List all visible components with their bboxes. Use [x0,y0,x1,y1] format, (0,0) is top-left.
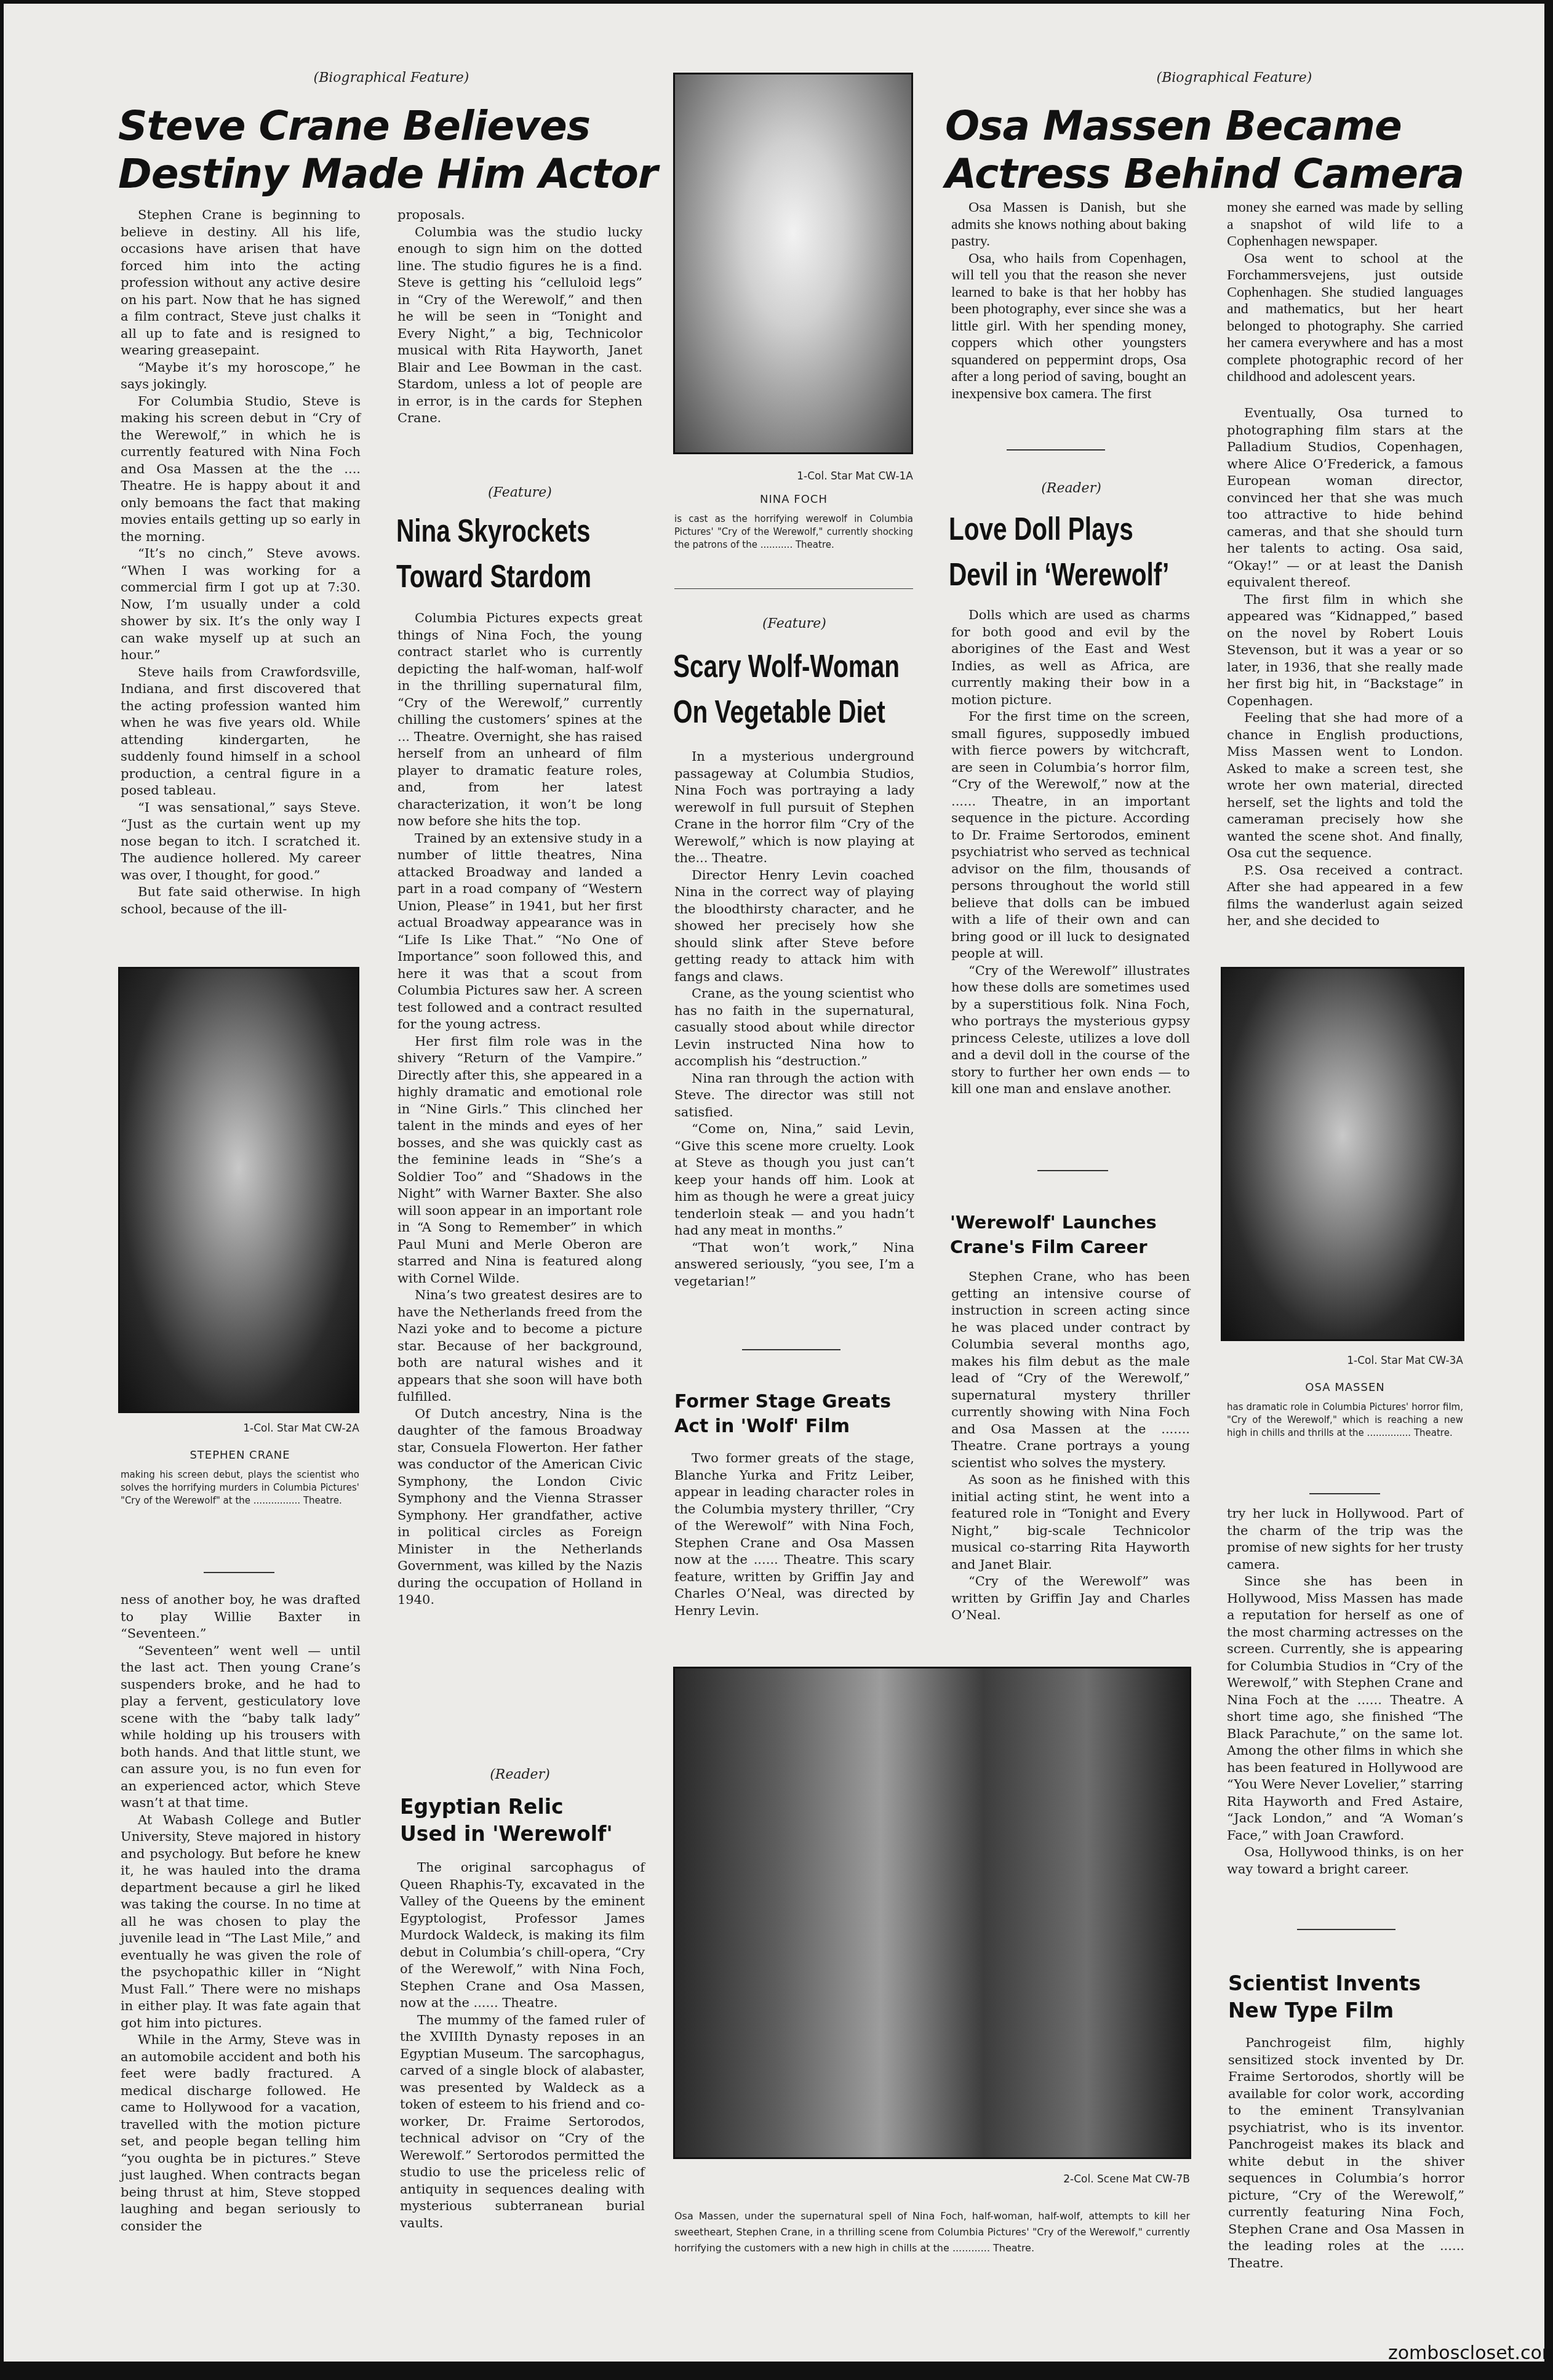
love-doll-headline: Love Doll Plays Devil in ‘Werewolf’ [949,507,1169,598]
osa-bio-col2-lower: Eventually, Osa turned to photographing … [1227,405,1463,930]
headline-line-1: Steve Crane Believes [118,102,672,150]
headline-line-1: Love Doll Plays [949,507,1169,552]
divider [674,588,913,589]
watermark: zomboscloset.com [1388,2342,1553,2364]
wolf-woman-body: In a mysterious underground passageway a… [674,748,914,1290]
pressbook-page: (Biographical Feature) Steve Crane Belie… [0,0,1553,2380]
osa-bio-col1: Osa Massen is Danish, but she admits she… [951,199,1186,403]
love-doll-kicker: (Reader) [951,481,1191,496]
scene-caption: Osa Massen, under the supernatural spell… [674,2208,1190,2256]
divider [1037,1170,1108,1171]
osa-name-label: OSA MASSEN [1227,1381,1463,1394]
nina-caption: is cast as the horrifying werewolf in Co… [674,513,913,551]
stephen-name-label: STEPHEN CRANE [121,1449,359,1462]
headline-line-2: On Vegetable Diet [673,689,900,735]
headline-line-2: Actress Behind Camera [945,150,1536,198]
love-doll-body: Dolls which are used as charms for both … [951,607,1190,1098]
scene-photo [673,1667,1191,2159]
divider [1007,449,1105,451]
crane-career-body: Stephen Crane, who has been getting an i… [951,1268,1190,1624]
stephen-caption: making his screen debut, plays the scien… [121,1468,359,1507]
headline-line-2: New Type Film [1228,1997,1464,2024]
headline-line-2: Destiny Made Him Actor [118,150,672,198]
crane-bio-kicker: (Biographical Feature) [114,70,668,86]
nina-foch-photo [673,73,913,454]
nina-feature-headline: Nina Skyrockets Toward Stardom [396,508,591,599]
headline-line-1: Osa Massen Became [945,102,1536,150]
headline-line-1: Scientist Invents [1228,1970,1464,1997]
wolf-woman-kicker: (Feature) [674,616,914,631]
scientist-film-headline: Scientist Invents New Type Film [1228,1970,1464,2024]
osa-caption: has dramatic role in Columbia Pictures' … [1227,1401,1463,1440]
crane-bio-col1-continued: ness of another boy, he was drafted to p… [121,1592,361,2235]
headline-line-1: Nina Skyrockets [396,508,591,554]
divider [1309,1493,1380,1494]
osa-massen-photo [1221,967,1464,1341]
scientist-film-body: Panchrogeist film, highly sensitized sto… [1228,2035,1464,2272]
headline-line-1: Egyptian Relic [400,1793,645,1821]
stage-greats-headline: Former Stage Greats Act in 'Wolf' Film [674,1390,916,1439]
headline-line-1: Former Stage Greats [674,1390,916,1414]
crane-career-headline: 'Werewolf' Launches Crane's Film Career [950,1210,1191,1259]
osa-bio-headline: Osa Massen Became Actress Behind Camera [945,102,1536,198]
headline-line-2: Devil in ‘Werewolf’ [949,552,1169,598]
stephen-mat-label: 1-Col. Star Mat CW-2A [121,1422,359,1435]
crane-bio-col1: Stephen Crane is beginning to believe in… [121,207,361,918]
egyptian-relic-body: The original sarcophagus of Queen Rhaphi… [400,1859,645,2232]
nina-feature-body: Columbia Pictures expects great things o… [397,610,642,1609]
headline-line-1: Scary Wolf-Woman [673,644,900,689]
headline-line-1: 'Werewolf' Launches [950,1210,1191,1235]
stage-greats-body: Two former greats of the stage, Blanche … [674,1450,914,1619]
nina-feature-kicker: (Feature) [397,485,642,500]
scene-mat-label: 2-Col. Scene Mat CW-7B [674,2173,1190,2186]
divider [204,1572,274,1573]
egyptian-relic-kicker: (Reader) [397,1767,642,1782]
osa-bio-kicker: (Biographical Feature) [939,70,1530,86]
nina-mat-label: 1-Col. Star Mat CW-1A [674,470,913,483]
egyptian-relic-headline: Egyptian Relic Used in 'Werewolf' [400,1793,645,1848]
osa-bio-col2: money she earned was made by selling a s… [1227,199,1463,386]
osa-bio-col2-continued: try her luck in Hollywood. Part of the c… [1227,1505,1463,1878]
crane-bio-col2: proposals. Columbia was the studio lucky… [397,207,642,427]
divider [1297,1929,1395,1930]
headline-line-2: Act in 'Wolf' Film [674,1414,916,1439]
nina-name-label: NINA FOCH [674,493,913,506]
stephen-crane-photo [118,967,359,1413]
headline-line-2: Toward Stardom [396,554,591,599]
wolf-woman-headline: Scary Wolf-Woman On Vegetable Diet [673,644,900,735]
osa-mat-label: 1-Col. Star Mat CW-3A [1227,1355,1463,1367]
headline-line-2: Used in 'Werewolf' [400,1821,645,1848]
crane-bio-headline: Steve Crane Believes Destiny Made Him Ac… [118,102,672,198]
headline-line-2: Crane's Film Career [950,1235,1191,1259]
divider [742,1349,840,1350]
